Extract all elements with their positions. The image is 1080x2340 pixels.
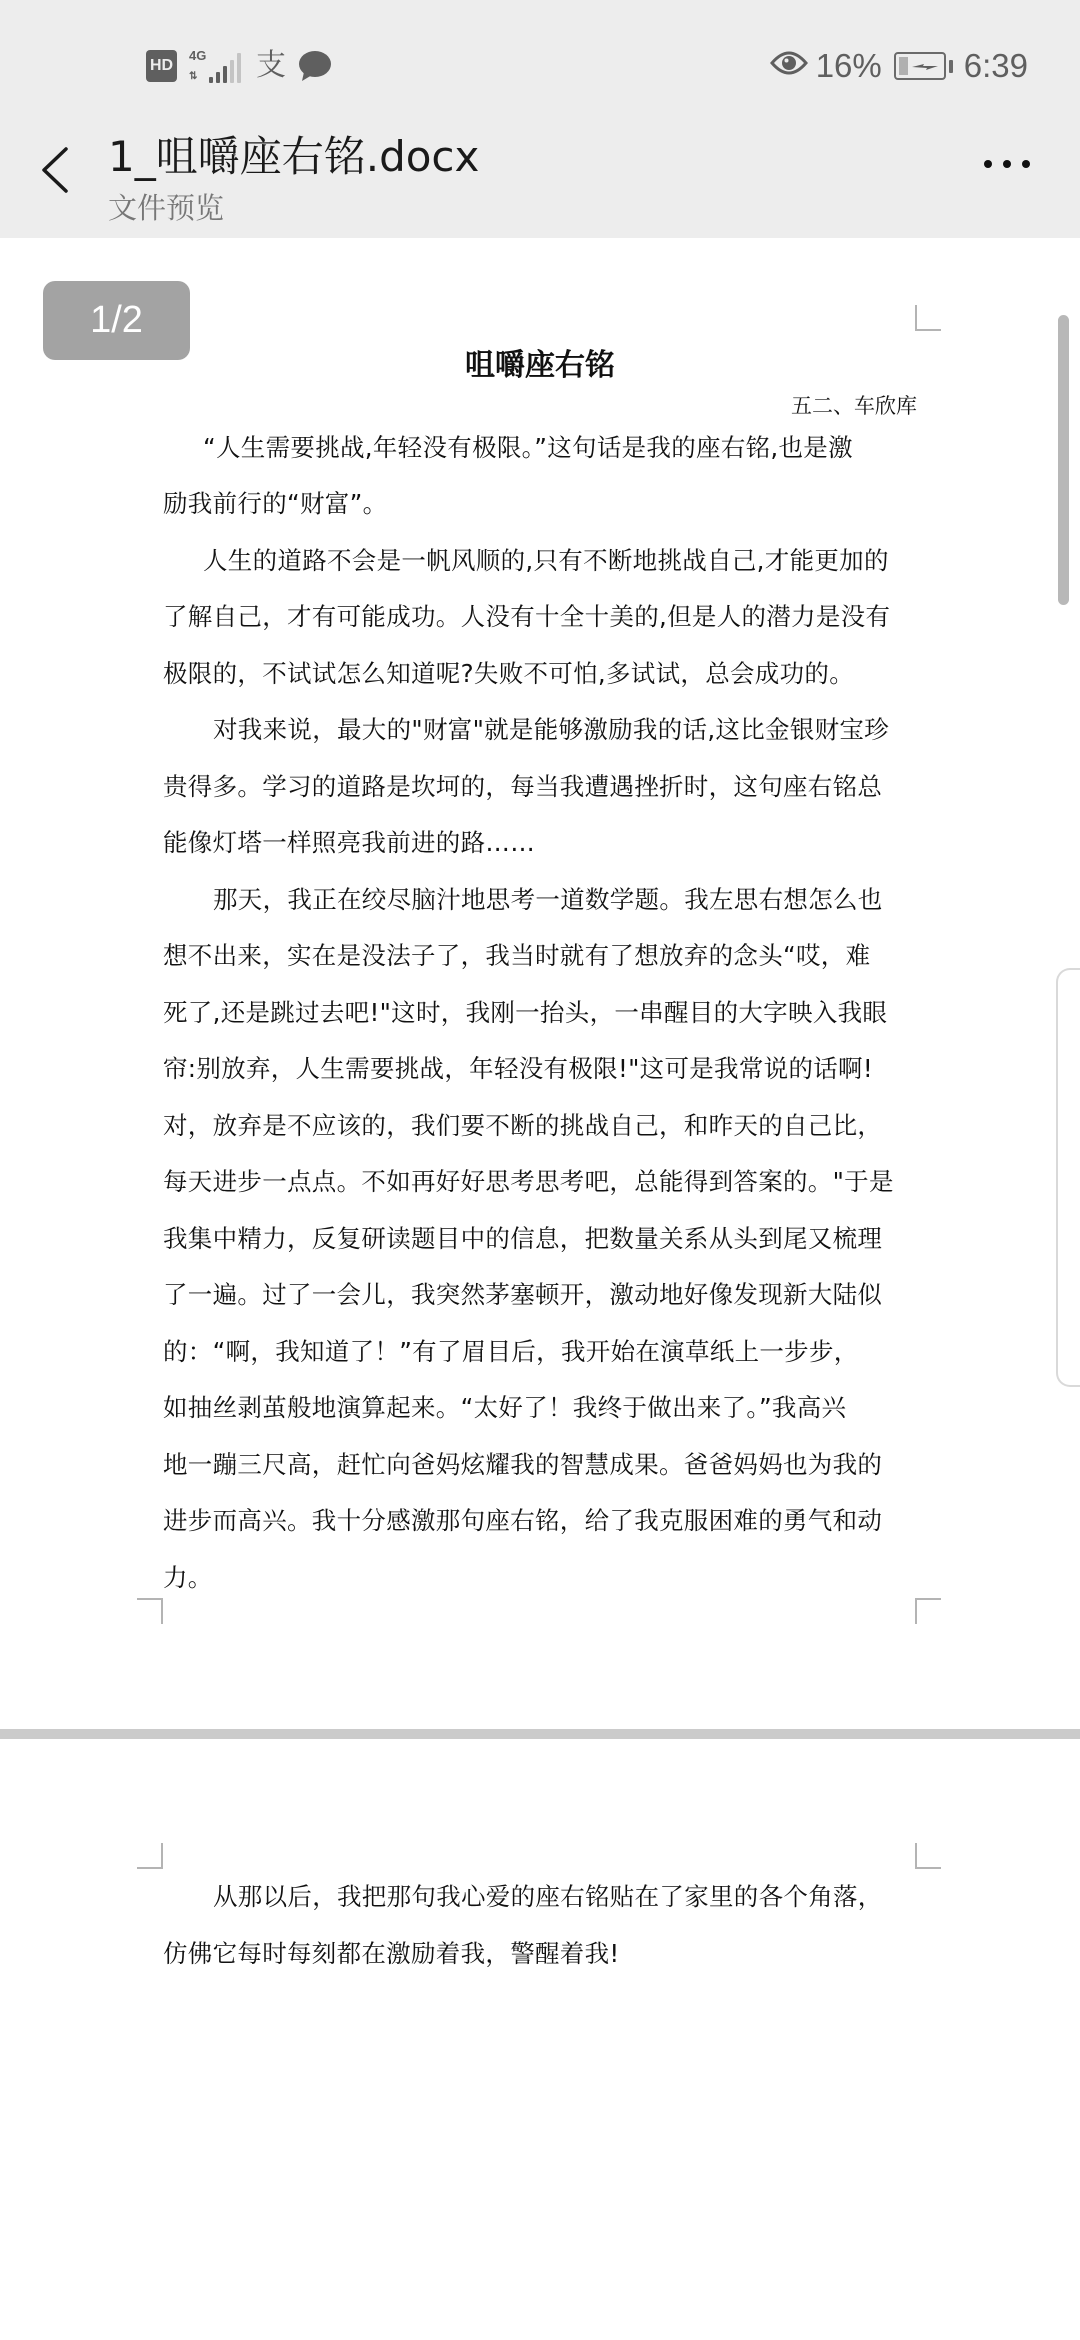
- text-line: 仿佛它每时每刻都在激励着我，警醒着我!: [163, 1939, 915, 1969]
- status-bar-right: 16% 6:39: [770, 44, 1028, 88]
- text-line: 对我来说，最大的"财富"就是能够激励我的话,这比金银财宝珍: [163, 715, 915, 745]
- alipay-icon: 支: [256, 51, 286, 81]
- app-header: HD 4G ⇅ 支 1: [0, 0, 1080, 238]
- text-line: 从那以后，我把那句我心爱的座右铭贴在了家里的各个角落，: [163, 1882, 915, 1912]
- eye-icon: [770, 47, 808, 85]
- text-line: 死了,还是跳过去吧!"这时，我刚一抬头，一串醒目的大字映入我眼: [163, 998, 915, 1028]
- file-title: 1_咀嚼座右铭.docx: [108, 124, 479, 184]
- 4g-signal-icon: 4G ⇅: [189, 49, 244, 83]
- text-line: 进步而高兴。我十分感激那句座右铭，给了我克服困难的勇气和动: [163, 1506, 915, 1536]
- battery-charging-icon: [894, 52, 946, 80]
- file-subtitle: 文件预览: [108, 186, 224, 227]
- margin-corner-bottom-left: [137, 1598, 163, 1624]
- text-line: 极限的，不试试怎么知道呢?失败不可怕,多试试，总会成功的。: [163, 659, 915, 689]
- text-line: 每天进步一点点。不如再好好思考思考吧，总能得到答案的。"于是: [163, 1167, 915, 1197]
- document-author: 五二、车欣库: [791, 390, 917, 420]
- page-indicator: 1/2: [43, 281, 190, 360]
- margin-corner-top-right: [915, 1843, 941, 1869]
- message-icon: [298, 50, 332, 82]
- text-line: 地一蹦三尺高，赶忙向爸妈炫耀我的智慧成果。爸爸妈妈也为我的: [163, 1450, 915, 1480]
- margin-corner-top-left: [137, 1843, 163, 1869]
- text-line: 对，放弃是不应该的，我们要不断的挑战自己，和昨天的自己比，: [163, 1111, 915, 1141]
- network-type-label: 4G: [189, 49, 206, 62]
- side-edge-handle[interactable]: [1056, 968, 1080, 1387]
- back-button[interactable]: [30, 140, 80, 200]
- text-line: 能像灯塔一样照亮我前进的路……: [163, 828, 915, 858]
- text-line: 我集中精力，反复研读题目中的信息，把数量关系从头到尾又梳理: [163, 1224, 915, 1254]
- margin-corner-bottom-right: [915, 1598, 941, 1624]
- text-line: 贵得多。学习的道路是坎坷的，每当我遭遇挫折时，这句座右铭总: [163, 772, 915, 802]
- text-line: 励我前行的“财富”。: [163, 489, 915, 519]
- chevron-left-icon: [40, 146, 70, 194]
- text-line: 人生的道路不会是一帆风顺的,只有不断地挑战自己,才能更加的: [163, 546, 915, 576]
- text-line: 了解自己，才有可能成功。人没有十全十美的,但是人的潜力是没有: [163, 602, 915, 632]
- data-activity-icon: ⇅: [189, 71, 197, 83]
- status-bar-left: HD 4G ⇅ 支: [146, 48, 332, 84]
- vertical-scrollbar[interactable]: [1058, 315, 1069, 605]
- text-line: “人生需要挑战,年轻没有极限。”这句话是我的座右铭,也是激: [163, 433, 915, 463]
- text-line: 帘:别放弃，人生需要挑战，年轻没有极限!"这可是我常说的话啊!: [163, 1054, 915, 1084]
- more-options-button[interactable]: [984, 160, 1030, 168]
- hd-voice-icon: HD: [146, 50, 177, 82]
- text-line: 了一遍。过了一会儿，我突然茅塞顿开，激动地好像发现新大陆似: [163, 1280, 915, 1310]
- battery-percent: 16%: [816, 47, 882, 85]
- text-line: 如抽丝剥茧般地演算起来。“太好了！我终于做出来了。”我高兴: [163, 1393, 915, 1423]
- page-separator: [0, 1729, 1080, 1739]
- text-line: 的：“啊，我知道了！”有了眉目后，我开始在演草纸上一步步，: [163, 1337, 915, 1367]
- signal-bars: [209, 53, 241, 83]
- clock: 6:39: [964, 47, 1028, 85]
- text-line: 力。: [163, 1563, 915, 1593]
- margin-corner-top-right: [915, 305, 941, 331]
- text-line: 那天，我正在绞尽脑汁地思考一道数学题。我左思右想怎么也: [163, 885, 915, 915]
- text-line: 想不出来，实在是没法子了，我当时就有了想放弃的念头“哎，难: [163, 941, 915, 971]
- more-horizontal-icon: [984, 160, 992, 168]
